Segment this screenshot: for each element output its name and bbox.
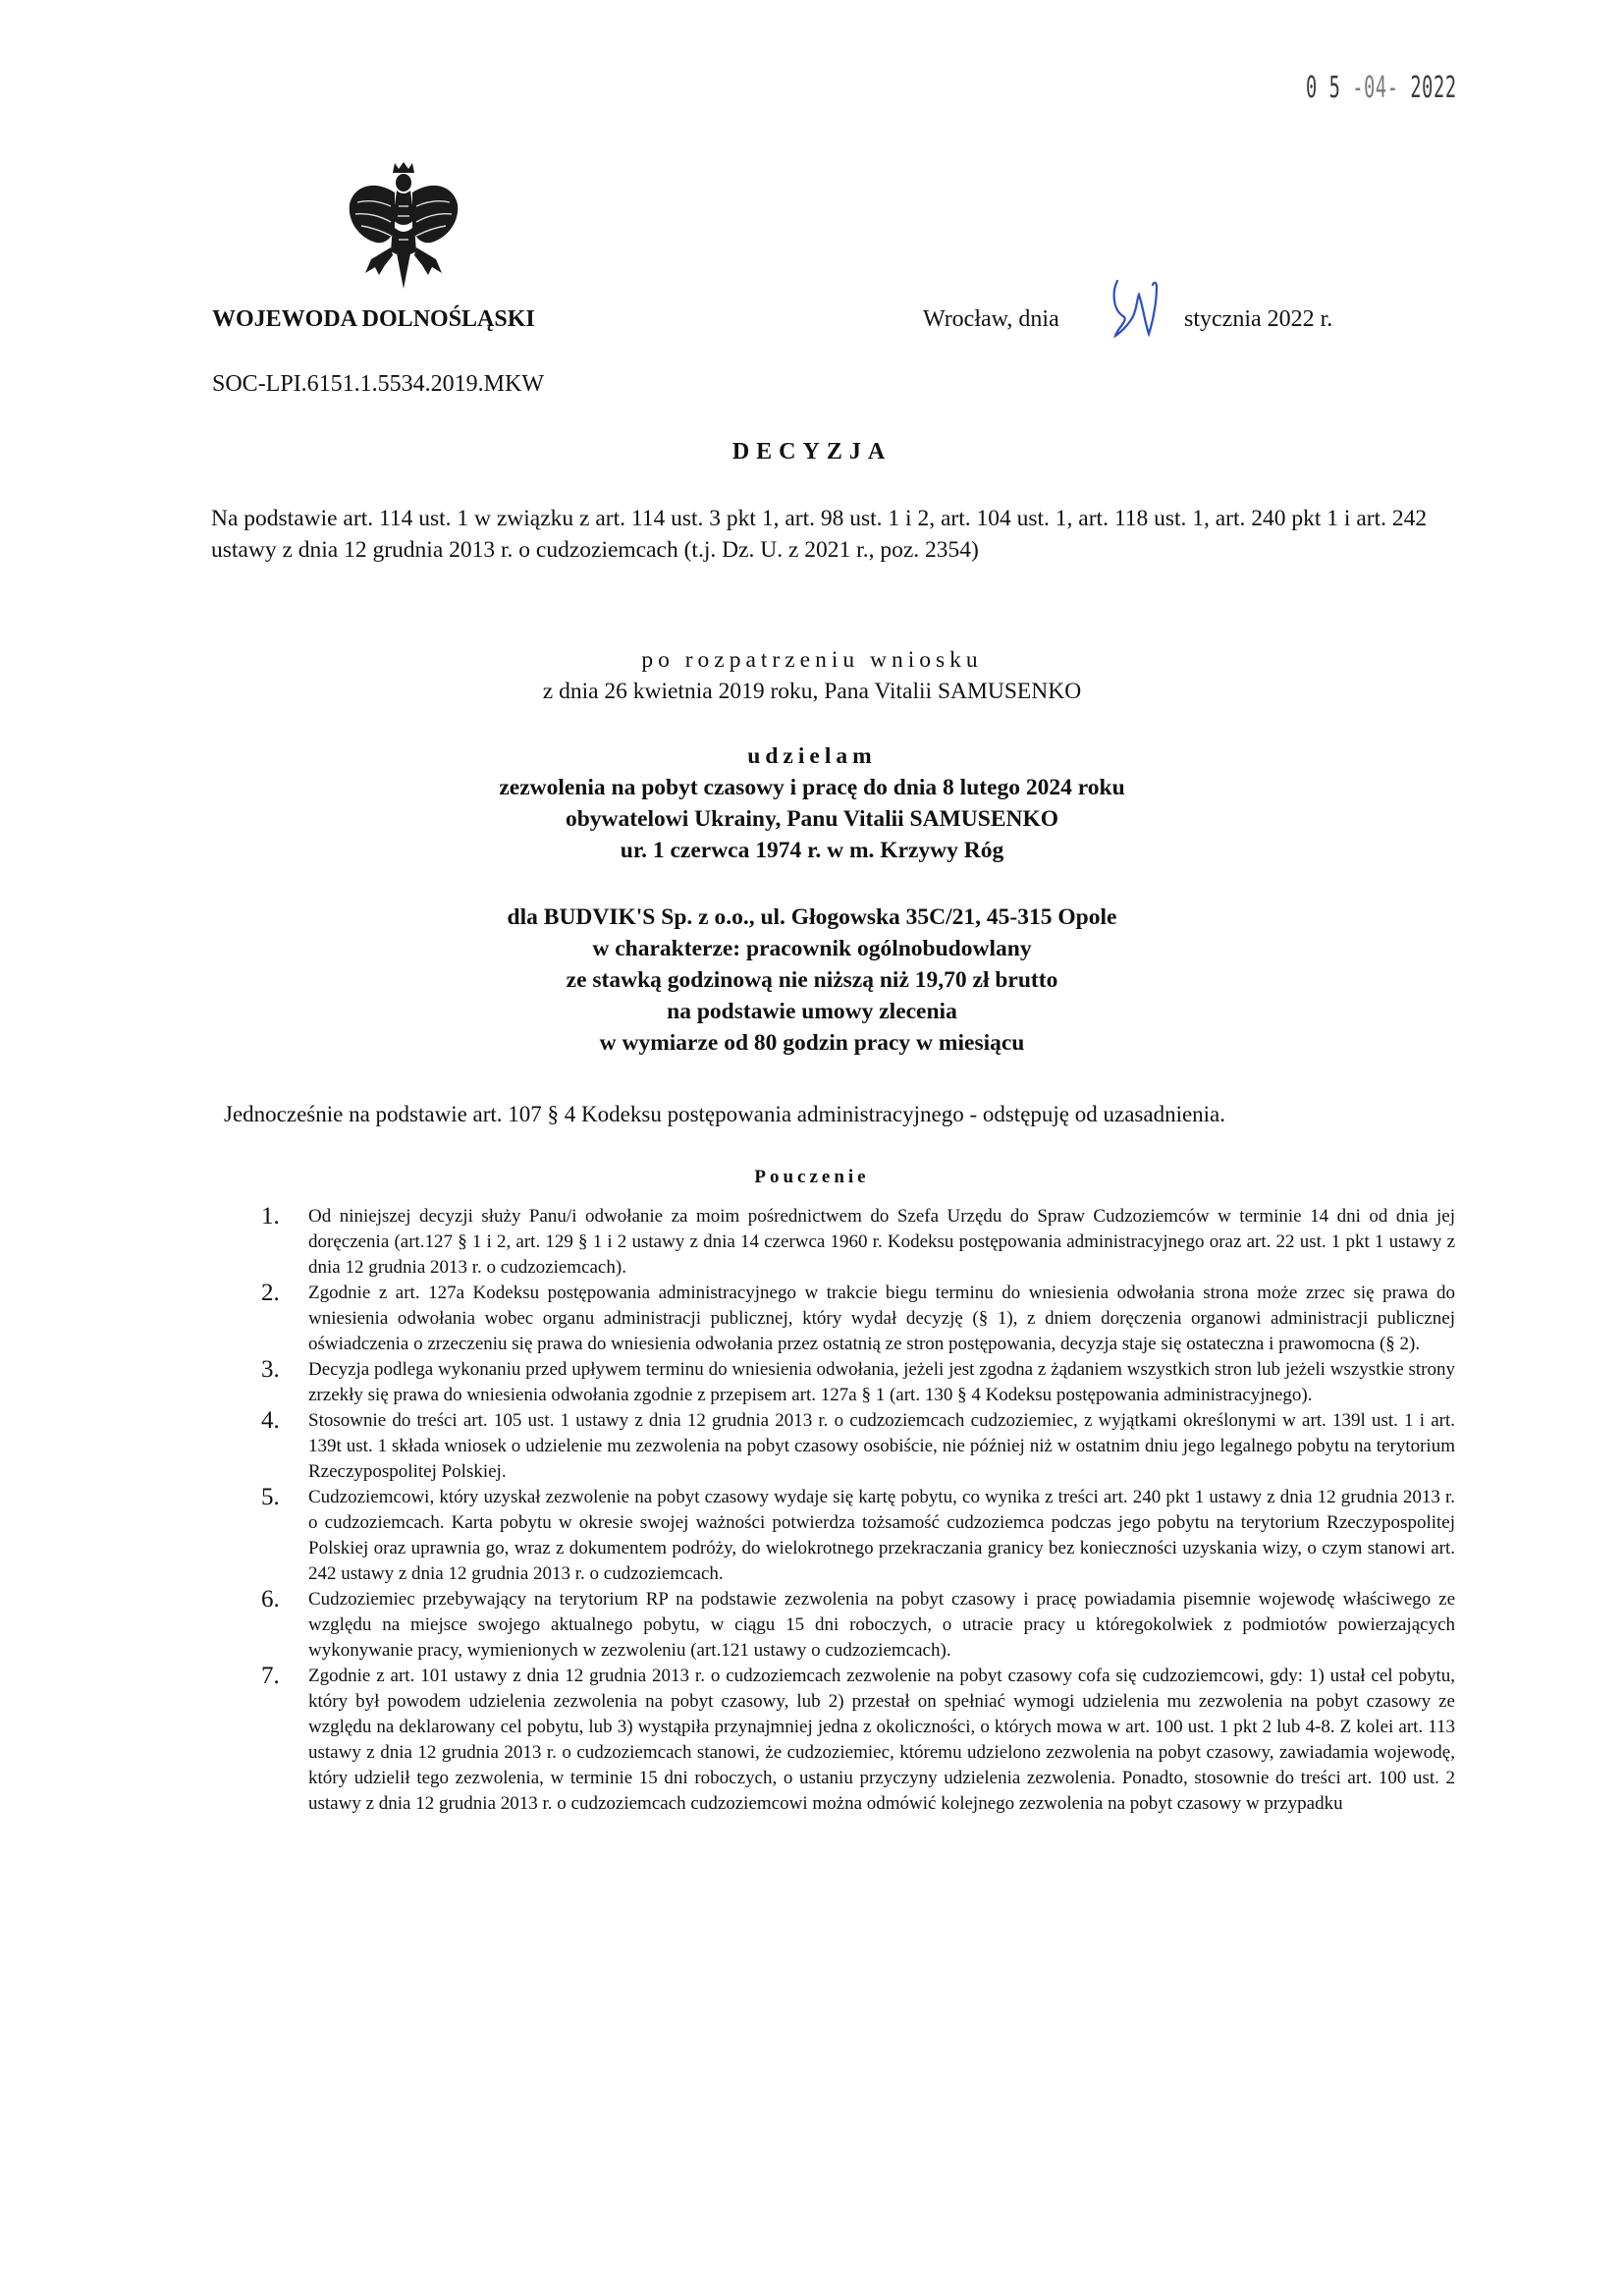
working-hours-line: w wymiarze od 80 godzin pracy w miesiącu (0, 1027, 1624, 1059)
instruction-text: Stosownie do treści art. 105 ust. 1 usta… (308, 1408, 1455, 1485)
instruction-text: Zgodnie z art. 127a Kodeksu postępowania… (308, 1281, 1455, 1357)
grant-birth-line: ur. 1 czerwca 1974 r. w m. Krzywy Róg (0, 835, 1624, 866)
instruction-text: Cudzoziemiec przebywający na terytorium … (308, 1587, 1455, 1664)
instruction-item: 3. Decyzja podlega wykonaniu przed upływ… (257, 1357, 1455, 1408)
instruction-text: Cudzoziemcowi, który uzyskał zezwolenie … (308, 1485, 1455, 1587)
stamp-day: 0 5 (1306, 71, 1340, 105)
application-heading: po rozpatrzeniu wniosku (0, 644, 1624, 676)
justification-waiver: Jednocześnie na podstawie art. 107 § 4 K… (224, 1102, 1225, 1127)
instruction-item: 4. Stosownie do treści art. 105 ust. 1 u… (257, 1408, 1455, 1485)
document-title: DECYZJA (0, 439, 1624, 465)
instruction-number: 1. (257, 1204, 308, 1281)
place-date-prefix: Wrocław, dnia (923, 306, 1059, 333)
instruction-item: 5. Cudzoziemcowi, który uzyskał zezwolen… (257, 1485, 1455, 1587)
instruction-item: 1. Od niniejszej decyzji służy Panu/i od… (257, 1204, 1455, 1281)
instruction-item: 2. Zgodnie z art. 127a Kodeksu postępowa… (257, 1281, 1455, 1357)
wage-line: ze stawką godzinową nie niższą niż 19,70… (0, 964, 1624, 996)
grant-recipient-line: obywatelowi Ukrainy, Panu Vitalii SAMUSE… (0, 803, 1624, 835)
received-date-stamp: 0 5 -04- 2022 (1306, 71, 1457, 105)
grant-permit-line: zezwolenia na pobyt czasowy i pracę do d… (0, 772, 1624, 803)
instruction-number: 2. (257, 1281, 308, 1357)
stamp-month: -04- (1352, 71, 1398, 105)
instruction-item: 6. Cudzoziemiec przebywający na terytori… (257, 1587, 1455, 1664)
instruction-number: 4. (257, 1408, 308, 1485)
instructions-heading: Pouczenie (0, 1167, 1624, 1188)
instruction-number: 6. (257, 1587, 308, 1664)
polish-eagle-emblem-icon (344, 157, 463, 293)
legal-basis-paragraph: Na podstawie art. 114 ust. 1 w związku z… (211, 503, 1429, 566)
instruction-text: Decyzja podlega wykonaniu przed upływem … (308, 1357, 1455, 1408)
position-line: w charakterze: pracownik ogólnobudowlany (0, 933, 1624, 964)
stamp-year: 2022 (1410, 71, 1456, 105)
contract-type-line: na podstawie umowy zlecenia (0, 996, 1624, 1027)
application-detail: z dnia 26 kwietnia 2019 roku, Pana Vital… (0, 676, 1624, 707)
instruction-number: 3. (257, 1357, 308, 1408)
case-reference-number: SOC-LPI.6151.1.5534.2019.MKW (212, 371, 544, 398)
instruction-number: 5. (257, 1485, 308, 1587)
instructions-list: 1. Od niniejszej decyzji służy Panu/i od… (257, 1204, 1455, 1817)
handwritten-day-signature-icon (1108, 273, 1164, 342)
instruction-text: Zgodnie z art. 101 ustawy z dnia 12 grud… (308, 1664, 1455, 1817)
issuing-authority: WOJEWODA DOLNOŚLĄSKI (212, 306, 535, 333)
instruction-text: Od niniejszej decyzji służy Panu/i odwoł… (308, 1204, 1455, 1281)
employer-line: dla BUDVIK'S Sp. z o.o., ul. Głogowska 3… (0, 902, 1624, 933)
instruction-item: 7. Zgodnie z art. 101 ustawy z dnia 12 g… (257, 1664, 1455, 1817)
grant-heading: udzielam (0, 740, 1624, 772)
date-month-year: stycznia 2022 r. (1184, 306, 1332, 333)
instruction-number: 7. (257, 1664, 308, 1817)
